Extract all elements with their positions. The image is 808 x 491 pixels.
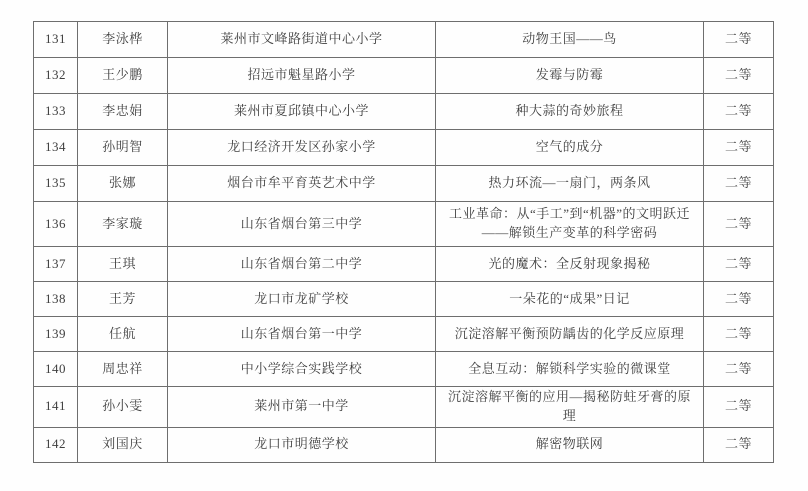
school-cell: 莱州市第一中学 xyxy=(168,387,436,428)
project-title-cell: 发霉与防霉 xyxy=(436,58,704,94)
school-cell: 莱州市夏邱镇中心小学 xyxy=(168,94,436,130)
school-cell: 龙口市龙矿学校 xyxy=(168,282,436,317)
award-cell: 二等 xyxy=(704,130,774,166)
table-row: 138 王芳 龙口市龙矿学校 一朵花的“成果”日记 二等 xyxy=(34,282,774,317)
project-title-cell: 种大蒜的奇妙旅程 xyxy=(436,94,704,130)
name-cell: 李家璇 xyxy=(78,202,168,247)
project-title-cell: 工业革命：从“手工”到“机器”的文明跃迁——解锁生产变革的科学密码 xyxy=(436,202,704,247)
award-cell: 二等 xyxy=(704,352,774,387)
row-number-cell: 135 xyxy=(34,166,78,202)
row-number-cell: 136 xyxy=(34,202,78,247)
project-title-cell: 光的魔术：全反射现象揭秘 xyxy=(436,247,704,282)
award-cell: 二等 xyxy=(704,427,774,462)
project-title-cell: 热力环流—一扇门，两条风 xyxy=(436,166,704,202)
name-cell: 刘国庆 xyxy=(78,427,168,462)
school-cell: 烟台市牟平育英艺术中学 xyxy=(168,166,436,202)
school-cell: 山东省烟台第二中学 xyxy=(168,247,436,282)
award-cell: 二等 xyxy=(704,202,774,247)
school-cell: 龙口市明德学校 xyxy=(168,427,436,462)
table-row: 135 张娜 烟台市牟平育英艺术中学 热力环流—一扇门，两条风 二等 xyxy=(34,166,774,202)
row-number-cell: 134 xyxy=(34,130,78,166)
table-row: 142 刘国庆 龙口市明德学校 解密物联网 二等 xyxy=(34,427,774,462)
project-title-cell: 全息互动：解锁科学实验的微课堂 xyxy=(436,352,704,387)
project-title-cell: 解密物联网 xyxy=(436,427,704,462)
school-cell: 山东省烟台第三中学 xyxy=(168,202,436,247)
row-number-cell: 138 xyxy=(34,282,78,317)
school-cell: 龙口经济开发区孙家小学 xyxy=(168,130,436,166)
table-row: 132 王少鹏 招远市魁星路小学 发霉与防霉 二等 xyxy=(34,58,774,94)
project-title-cell: 空气的成分 xyxy=(436,130,704,166)
award-results-table: 131 李泳桦 莱州市文峰路街道中心小学 动物王国——鸟 二等 132 王少鹏 … xyxy=(33,21,774,463)
award-cell: 二等 xyxy=(704,282,774,317)
table-row: 137 王琪 山东省烟台第二中学 光的魔术：全反射现象揭秘 二等 xyxy=(34,247,774,282)
name-cell: 张娜 xyxy=(78,166,168,202)
award-cell: 二等 xyxy=(704,94,774,130)
project-title-cell: 沉淀溶解平衡的应用—揭秘防蛀牙膏的原理 xyxy=(436,387,704,428)
award-cell: 二等 xyxy=(704,247,774,282)
project-title-cell: 一朵花的“成果”日记 xyxy=(436,282,704,317)
table-row: 141 孙小雯 莱州市第一中学 沉淀溶解平衡的应用—揭秘防蛀牙膏的原理 二等 xyxy=(34,387,774,428)
name-cell: 任航 xyxy=(78,317,168,352)
table-row: 136 李家璇 山东省烟台第三中学 工业革命：从“手工”到“机器”的文明跃迁——… xyxy=(34,202,774,247)
award-cell: 二等 xyxy=(704,166,774,202)
row-number-cell: 132 xyxy=(34,58,78,94)
table-row: 139 任航 山东省烟台第一中学 沉淀溶解平衡预防龋齿的化学反应原理 二等 xyxy=(34,317,774,352)
project-title-cell: 沉淀溶解平衡预防龋齿的化学反应原理 xyxy=(436,317,704,352)
name-cell: 周忠祥 xyxy=(78,352,168,387)
school-cell: 莱州市文峰路街道中心小学 xyxy=(168,22,436,58)
table-row: 134 孙明智 龙口经济开发区孙家小学 空气的成分 二等 xyxy=(34,130,774,166)
award-cell: 二等 xyxy=(704,317,774,352)
name-cell: 孙明智 xyxy=(78,130,168,166)
name-cell: 王琪 xyxy=(78,247,168,282)
table-row: 140 周忠祥 中小学综合实践学校 全息互动：解锁科学实验的微课堂 二等 xyxy=(34,352,774,387)
award-cell: 二等 xyxy=(704,58,774,94)
row-number-cell: 131 xyxy=(34,22,78,58)
name-cell: 孙小雯 xyxy=(78,387,168,428)
row-number-cell: 139 xyxy=(34,317,78,352)
row-number-cell: 140 xyxy=(34,352,78,387)
scanned-award-list-page: 131 李泳桦 莱州市文峰路街道中心小学 动物王国——鸟 二等 132 王少鹏 … xyxy=(0,0,808,491)
row-number-cell: 133 xyxy=(34,94,78,130)
school-cell: 山东省烟台第一中学 xyxy=(168,317,436,352)
table-row: 133 李忠娟 莱州市夏邱镇中心小学 种大蒜的奇妙旅程 二等 xyxy=(34,94,774,130)
name-cell: 李忠娟 xyxy=(78,94,168,130)
name-cell: 李泳桦 xyxy=(78,22,168,58)
school-cell: 招远市魁星路小学 xyxy=(168,58,436,94)
name-cell: 王芳 xyxy=(78,282,168,317)
row-number-cell: 142 xyxy=(34,427,78,462)
project-title-cell: 动物王国——鸟 xyxy=(436,22,704,58)
award-cell: 二等 xyxy=(704,22,774,58)
row-number-cell: 141 xyxy=(34,387,78,428)
award-cell: 二等 xyxy=(704,387,774,428)
school-cell: 中小学综合实践学校 xyxy=(168,352,436,387)
row-number-cell: 137 xyxy=(34,247,78,282)
name-cell: 王少鹏 xyxy=(78,58,168,94)
table-row: 131 李泳桦 莱州市文峰路街道中心小学 动物王国——鸟 二等 xyxy=(34,22,774,58)
